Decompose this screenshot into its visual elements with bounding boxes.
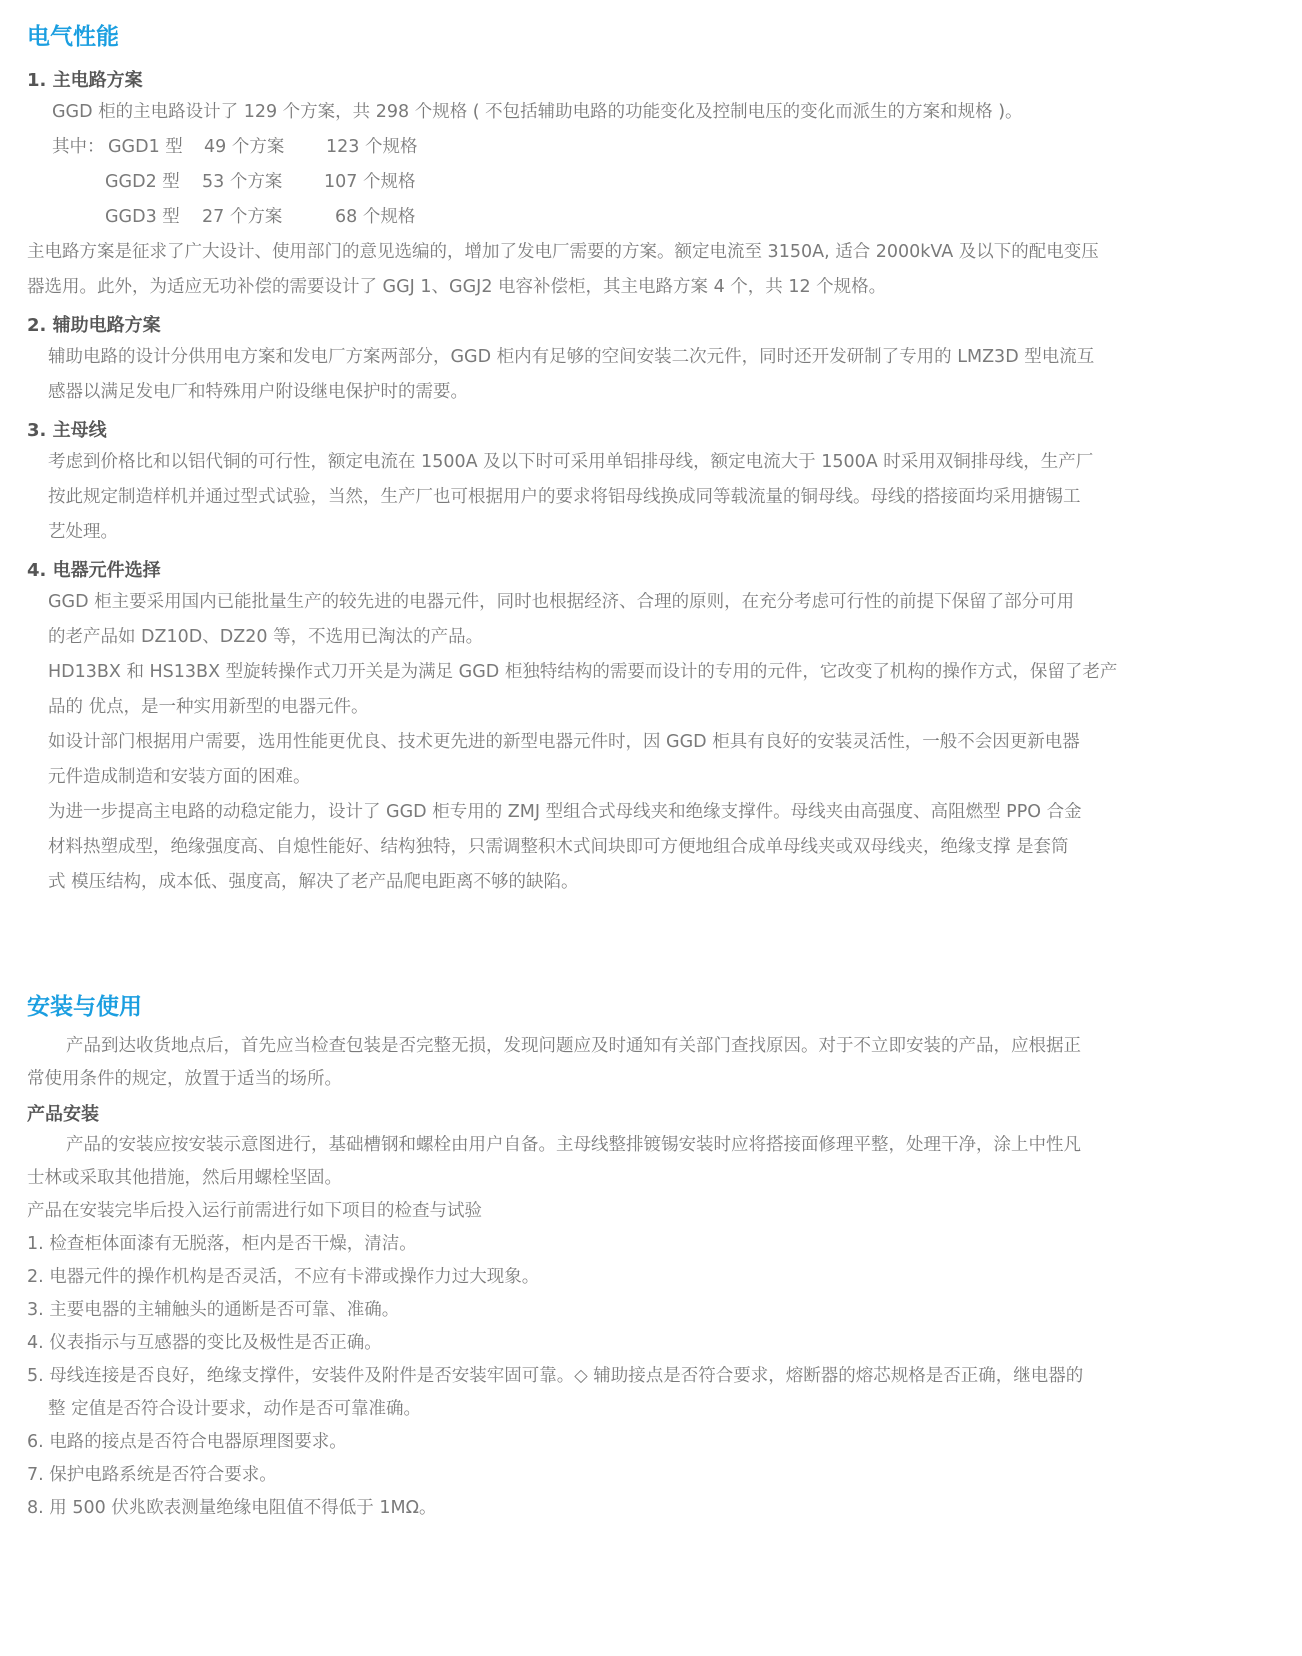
busbar-paragraph: 按此规定制造样机并通过型式试验，当然，生产厂也可根据用户的要求将铝母线换成同等载…: [48, 485, 1081, 509]
components-paragraph: 的老产品如 DZ10D、DZ20 等，不选用已淘汰的产品。: [48, 625, 483, 649]
check-item: 7. 保护电路系统是否符合要求。: [27, 1463, 277, 1487]
scheme-count: 49 个方案: [204, 135, 326, 159]
busbar-paragraph: 考虑到价格比和以铝代铜的可行性，额定电流在 1500A 及以下时可采用单铝排母线…: [48, 450, 1093, 474]
check-intro: 产品在安装完毕后投入运行前需进行如下项目的检查与试验: [27, 1199, 482, 1223]
components-paragraph: GGD 柜主要采用国内已能批量生产的较先进的电器元件，同时也根据经济、合理的原则…: [48, 590, 1074, 614]
aux-circuit-paragraph: 感器以满足发电厂和特殊用户附设继电保护时的需要。: [48, 380, 468, 404]
scheme-count: 27 个方案: [202, 205, 335, 229]
scheme-model: GGD1 型: [108, 135, 204, 159]
subsection-title-main-circuit: 1. 主电路方案: [27, 66, 143, 92]
main-circuit-paragraph: 主电路方案是征求了广大设计、使用部门的意见选编的，增加了发电厂需要的方案。额定电…: [27, 240, 1099, 264]
scheme-table-prefix: 其中：: [52, 135, 108, 159]
scheme-table-row: GGD3 型27 个方案68 个规格: [105, 205, 415, 229]
section-title-electrical-performance: 电气性能: [27, 18, 119, 51]
main-circuit-line: GGD 柜的主电路设计了 129 个方案，共 298 个规格 ( 不包括辅助电路…: [52, 100, 1023, 124]
spec-count: 68 个规格: [335, 205, 415, 229]
check-item: 4. 仪表指示与互感器的变比及极性是否正确。: [27, 1331, 382, 1355]
components-paragraph: 式 模压结构，成本低、强度高，解决了老产品爬电距离不够的缺陷。: [48, 870, 579, 894]
check-item: 8. 用 500 伏兆欧表测量绝缘电阻值不得低于 1MΩ。: [27, 1496, 436, 1520]
scheme-model: GGD2 型: [105, 170, 202, 194]
scheme-table-row: 其中：GGD1 型49 个方案123 个规格: [52, 135, 417, 159]
check-item: 3. 主要电器的主辅触头的通断是否可靠、准确。: [27, 1298, 399, 1322]
components-paragraph: 元件造成制造和安装方面的困难。: [48, 765, 311, 789]
check-item: 1. 检查柜体面漆有无脱落，柜内是否干燥，清洁。: [27, 1232, 417, 1256]
installation-paragraph: 产品的安装应按安装示意图进行，基础槽钢和螺栓由用户自备。主母线整排镀锡安装时应将…: [66, 1133, 1081, 1157]
busbar-paragraph: 艺处理。: [48, 520, 118, 544]
check-item: 6. 电路的接点是否符合电器原理图要求。: [27, 1430, 347, 1454]
main-circuit-paragraph: 器选用。此外，为适应无功补偿的需要设计了 GGJ 1、GGJ2 电容补偿柜，其主…: [27, 275, 886, 299]
installation-paragraph: 士林或采取其他措施，然后用螺栓坚固。: [27, 1166, 342, 1190]
subsection-title-aux-circuit: 2. 辅助电路方案: [27, 311, 161, 337]
check-item: 2. 电器元件的操作机构是否灵活，不应有卡滞或操作力过大现象。: [27, 1265, 539, 1289]
subsection-title-components: 4. 电器元件选择: [27, 556, 161, 582]
spec-count: 107 个规格: [324, 170, 415, 194]
scheme-count: 53 个方案: [202, 170, 324, 194]
aux-circuit-paragraph: 辅助电路的设计分供用电方案和发电厂方案两部分，GGD 柜内有足够的空间安装二次元…: [48, 345, 1094, 369]
check-item: 5. 母线连接是否良好，绝缘支撑件，安装件及附件是否安装牢固可靠。◇ 辅助接点是…: [27, 1364, 1083, 1388]
section-title-installation-use: 安装与使用: [27, 988, 142, 1021]
components-paragraph: HD13BX 和 HS13BX 型旋转操作式刀开关是为满足 GGD 柜独特结构的…: [48, 660, 1117, 684]
installation-intro: 常使用条件的规定，放置于适当的场所。: [27, 1067, 342, 1091]
subsection-title-main-busbar: 3. 主母线: [27, 416, 107, 442]
components-paragraph: 如设计部门根据用户需要，选用性能更优良、技术更先进的新型电器元件时，因 GGD …: [48, 730, 1080, 754]
scheme-model: GGD3 型: [105, 205, 202, 229]
components-paragraph: 材料热塑成型，绝缘强度高、自熄性能好、结构独特，只需调整积木式间块即可方便地组合…: [48, 835, 1069, 859]
subsection-title-product-installation: 产品安装: [27, 1100, 99, 1126]
spec-count: 123 个规格: [326, 135, 417, 159]
components-paragraph: 为进一步提高主电路的动稳定能力，设计了 GGD 柜专用的 ZMJ 型组合式母线夹…: [48, 800, 1082, 824]
check-item-continuation: 整 定值是否符合设计要求，动作是否可靠准确。: [48, 1397, 421, 1421]
installation-intro: 产品到达收货地点后，首先应当检查包装是否完整无损，发现问题应及时通知有关部门查找…: [66, 1034, 1081, 1058]
scheme-table-row: GGD2 型53 个方案107 个规格: [105, 170, 415, 194]
components-paragraph: 品的 优点，是一种实用新型的电器元件。: [48, 695, 369, 719]
